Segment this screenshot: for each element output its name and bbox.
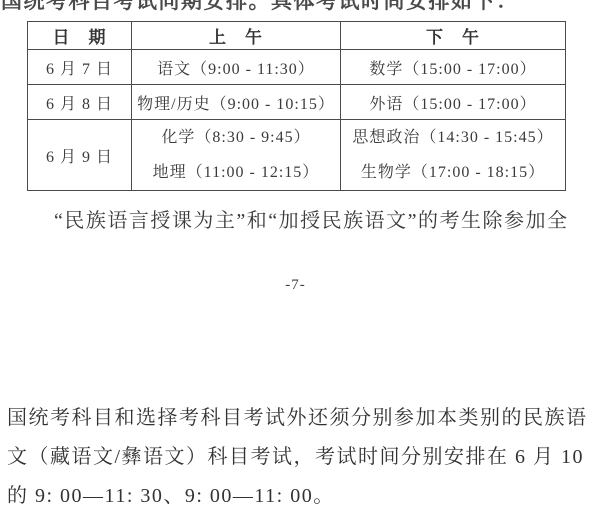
cell-morning: 物理/历史（9:00 - 10:15）	[132, 85, 341, 120]
clipped-heading-line: 国统考科目考试同期安排。具体考试时间安排如下：	[1, 0, 591, 15]
table-row: 6 月 8 日 物理/历史（9:00 - 10:15） 外语（15:00 - 1…	[28, 85, 566, 120]
cell-afternoon: 数学（15:00 - 17:00）	[341, 50, 566, 85]
cell-afternoon-line-1: 思想政治（14:30 - 15:45）	[341, 120, 565, 155]
header-cell-morning: 上 午	[132, 22, 341, 50]
page-number: -7-	[0, 277, 591, 294]
table-row: 6 月 9 日 化学（8:30 - 9:45） 地理（11:00 - 12:15…	[28, 120, 566, 191]
paragraph-line-1: 国统考科目和选择考科目考试外还须分别参加本类别的民族语	[7, 399, 589, 438]
note-paragraph: “民族语言授课为主”和“加授民族语文”的考生除参加全	[6, 206, 591, 236]
table-header-row: 日 期 上 午 下 午	[28, 22, 566, 50]
cell-morning: 化学（8:30 - 9:45） 地理（11:00 - 12:15）	[132, 120, 341, 191]
cell-afternoon-line-2: 生物学（17:00 - 18:15）	[341, 155, 565, 190]
cell-date: 6 月 8 日	[28, 85, 132, 120]
table-row: 6 月 7 日 语文（9:00 - 11:30） 数学（15:00 - 17:0…	[28, 50, 566, 85]
cell-morning-line-1: 化学（8:30 - 9:45）	[132, 120, 340, 155]
header-cell-date: 日 期	[28, 22, 132, 50]
paragraph-line-2: 文（藏语文/彝语文）科目考试，考试时间分别安排在 6 月 10 日	[7, 438, 589, 477]
header-cell-afternoon: 下 午	[341, 22, 566, 50]
bottom-paragraph: 国统考科目和选择考科目考试外还须分别参加本类别的民族语 文（藏语文/彝语文）科目…	[7, 399, 589, 513]
document-page: 国统考科目考试同期安排。具体考试时间安排如下： 日 期 上 午 下 午 6 月 …	[0, 0, 591, 513]
exam-schedule-table: 日 期 上 午 下 午 6 月 7 日 语文（9:00 - 11:30） 数学（…	[27, 21, 566, 191]
cell-afternoon: 外语（15:00 - 17:00）	[341, 85, 566, 120]
cell-date: 6 月 9 日	[28, 120, 132, 191]
cell-afternoon: 思想政治（14:30 - 15:45） 生物学（17:00 - 18:15）	[341, 120, 566, 191]
cell-date: 6 月 7 日	[28, 50, 132, 85]
paragraph-line-3: 的 9: 00—11: 30、9: 00—11: 00。	[7, 477, 589, 513]
cell-morning-line-2: 地理（11:00 - 12:15）	[132, 155, 340, 190]
cell-morning: 语文（9:00 - 11:30）	[132, 50, 341, 85]
